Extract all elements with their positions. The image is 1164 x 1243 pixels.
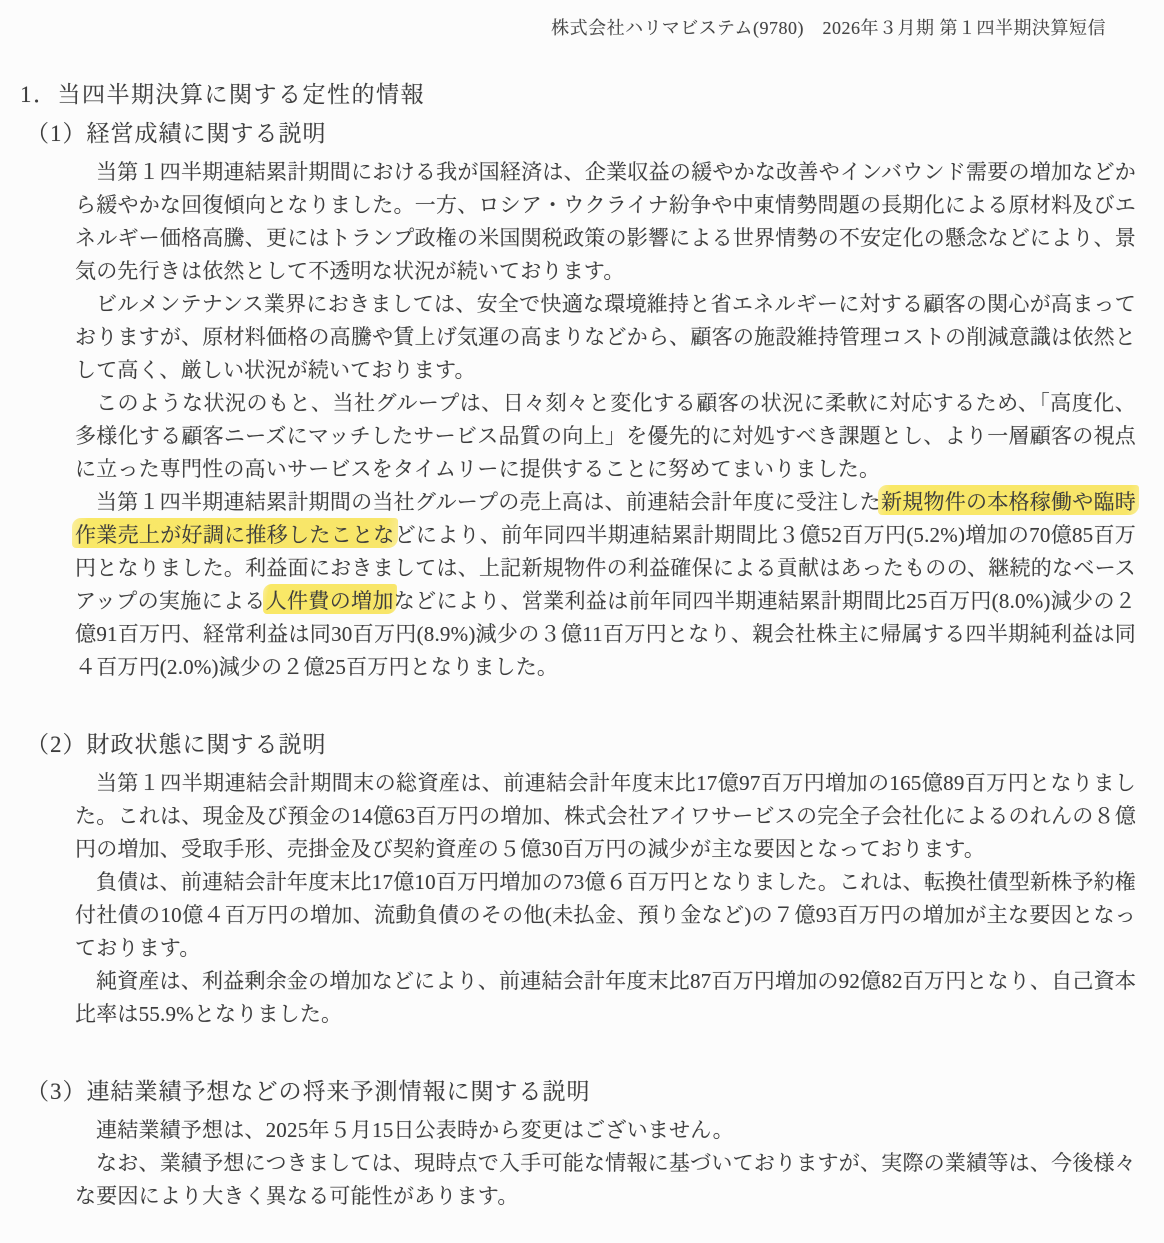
paragraph-forecast-disclaimer: なお、業績予想につきましては、現時点で入手可能な情報に基づいておりますが、実際の…: [75, 1147, 1136, 1213]
document-header-text: 株式会社ハリマビステム(9780) 2026年３月期 第１四半期決算短信: [551, 18, 1106, 38]
results-text-before-first-highlight: 当第１四半期連結累計期間の当社グループの売上高は、前連結会計年度に受注した: [96, 490, 881, 514]
paragraph-liabilities: 負債は、前連結会計年度末比17億10百万円増加の73億６百万円となりました。これ…: [75, 866, 1136, 965]
paragraph-financial-results: 当第１四半期連結累計期間の当社グループの売上高は、前連結会計年度に受注した新規物…: [75, 486, 1136, 684]
subsection-forecast-title: （3）連結業績予想などの将来予測情報に関する説明: [26, 1073, 1138, 1106]
subsection-financial-title: （2）財政状態に関する説明: [26, 726, 1138, 759]
paragraph-group-strategy: このような状況のもと、当社グループは、日々刻々と変化する顧客の状況に柔軟に対応す…: [75, 387, 1136, 486]
subsection-financial-position: （2）財政状態に関する説明 当第１四半期連結会計期間末の総資産は、前連結会計年度…: [20, 726, 1138, 1031]
section-qualitative-title: 1．当四半期決算に関する定性的情報: [20, 76, 1138, 109]
document-body: 1．当四半期決算に関する定性的情報 （1）経営成績に関する説明 当第１四半期連結…: [20, 76, 1138, 1213]
paragraph-net-assets: 純資産は、利益剰余金の増加などにより、前連結会計年度末比87百万円増加の92億8…: [75, 965, 1136, 1031]
paragraph-total-assets: 当第１四半期連結会計期間末の総資産は、前連結会計年度末比17億97百万円増加の1…: [75, 767, 1136, 866]
subsection-forecast: （3）連結業績予想などの将来予測情報に関する説明 連結業績予想は、2025年５月…: [20, 1073, 1138, 1213]
paragraph-industry-conditions: ビルメンテナンス業界におきましては、安全で快適な環境維持と省エネルギーに対する顧…: [75, 288, 1136, 387]
document-header: 株式会社ハリマビステム(9780) 2026年３月期 第１四半期決算短信: [20, 14, 1138, 40]
earnings-report-page: 株式会社ハリマビステム(9780) 2026年３月期 第１四半期決算短信 1．当…: [0, 0, 1164, 1243]
paragraph-economy-overview: 当第１四半期連結累計期間における我が国経済は、企業収益の緩やかな改善やインバウン…: [75, 156, 1136, 288]
paragraph-forecast-unchanged: 連結業績予想は、2025年５月15日公表時から変更はございません。: [75, 1114, 1136, 1147]
subsection-management-results: （1）経営成績に関する説明 当第１四半期連結累計期間における我が国経済は、企業収…: [20, 115, 1138, 684]
subsection-management-title: （1）経営成績に関する説明: [26, 115, 1138, 148]
highlight-personnel-cost-increase: 人件費の増加: [263, 584, 397, 614]
